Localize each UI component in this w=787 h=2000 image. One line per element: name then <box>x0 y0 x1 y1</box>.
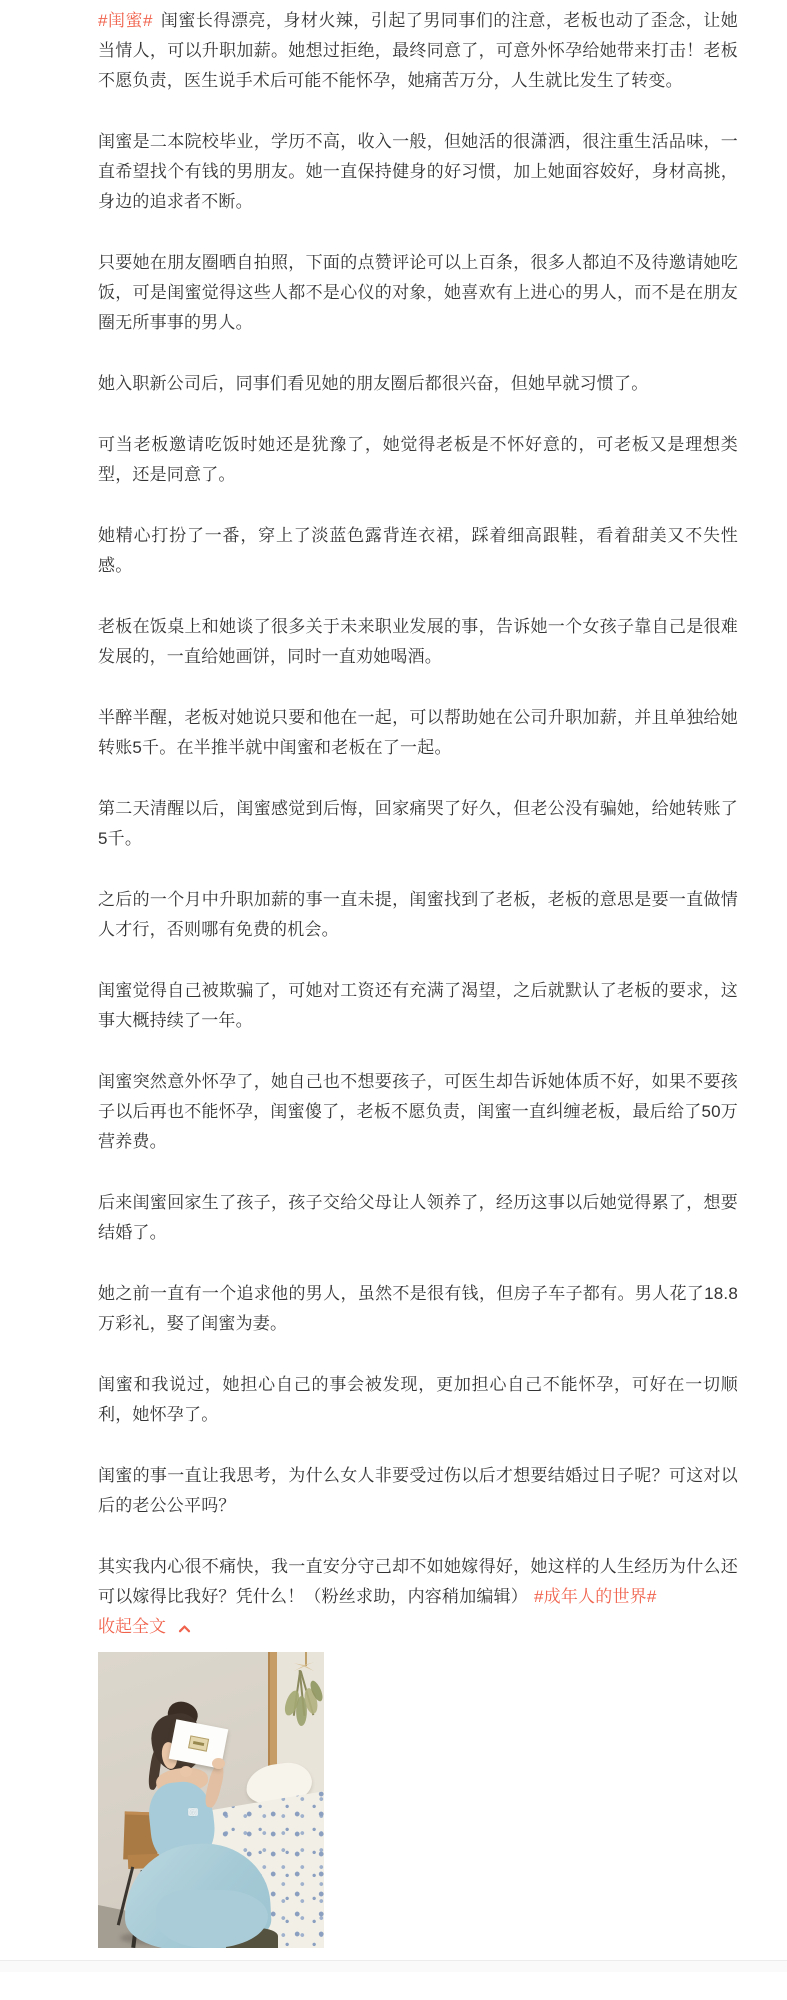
photo-card-print <box>188 1735 209 1751</box>
post-text: #闺蜜#闺蜜长得漂亮，身材火辣，引起了男同事们的注意，老板也动了歪念，让她当情人… <box>98 6 738 1948</box>
photo-hand <box>212 1758 225 1769</box>
post-paragraph: 闺蜜突然意外怀孕了，她自己也不想要孩子，可医生却告诉她体质不好，如果不要孩子以后… <box>98 1067 738 1157</box>
watermark-text: @ <box>188 1807 197 1817</box>
post-paragraph: 老板在饭桌上和她谈了很多关于未来职业发展的事，告诉她一个女孩子靠自己是很难发展的… <box>98 612 738 672</box>
post-paragraph: 半醉半醒，老板对她说只要和他在一起，可以帮助她在公司升职加薪，并且单独给她转账5… <box>98 703 738 763</box>
post-paragraph: 第二天清醒以后，闺蜜感觉到后悔，回家痛哭了好久，但老公没有骗她，给她转账了5千。 <box>98 794 738 854</box>
collapse-full-text-link[interactable]: 收起全文 <box>98 1612 191 1642</box>
post-paragraph: 闺蜜是二本院校毕业，学历不高，收入一般，但她活的很潇洒，很注重生活品味，一直希望… <box>98 127 738 217</box>
collapse-label: 收起全文 <box>98 1612 166 1642</box>
collapse-row: 收起全文 <box>98 1612 738 1642</box>
post-paragraph: 闺蜜觉得自己被欺骗了，可她对工资还有充满了渴望，之后就默认了老板的要求，这事大概… <box>98 976 738 1036</box>
photo-hook <box>305 1652 307 1666</box>
image-watermark: @ <box>188 1808 198 1816</box>
post-paragraph: 她入职新公司后，同事们看见她的朋友圈后都很兴奋，但她早就习惯了。 <box>98 369 738 399</box>
post-paragraph: 之后的一个月中升职加薪的事一直未提，闺蜜找到了老板，老板的意思是要一直做情人才行… <box>98 885 738 945</box>
post-paragraph: 闺蜜的事一直让我思考，为什么女人非要受过伤以后才想要结婚过日子呢？可这对以后的老… <box>98 1461 738 1521</box>
post-paragraph: 只要她在朋友圈晒自拍照，下面的点赞评论可以上百条，很多人都迫不及待邀请她吃饭，可… <box>98 248 738 338</box>
photo-hand <box>180 1766 192 1777</box>
post-body: #闺蜜#闺蜜长得漂亮，身材火辣，引起了男同事们的注意，老板也动了歪念，让她当情人… <box>0 0 787 1948</box>
chevron-up-icon <box>178 1624 191 1633</box>
bottom-divider <box>0 1960 787 1972</box>
post-paragraph: 后来闺蜜回家生了孩子，孩子交给父母让人领养了，经历这事以后她觉得累了，想要结婚了… <box>98 1188 738 1248</box>
post-paragraph: 她之前一直有一个追求他的男人，虽然不是很有钱，但房子车子都有。男人花了18.8万… <box>98 1279 738 1339</box>
post-paragraph: #闺蜜#闺蜜长得漂亮，身材火辣，引起了男同事们的注意，老板也动了歪念，让她当情人… <box>98 6 738 96</box>
end-hashtag-link[interactable]: #成年人的世界# <box>534 1587 657 1606</box>
post-image[interactable]: @ <box>98 1652 324 1948</box>
post-paragraph: 可当老板邀请吃饭时她还是犹豫了，她觉得老板是不怀好意的，可老板又是理想类型，还是… <box>98 430 738 490</box>
post-paragraph: 其实我内心很不痛快，我一直安分守己却不如她嫁得好，她这样的人生经历为什么还可以嫁… <box>98 1552 738 1612</box>
paragraph-text: 闺蜜长得漂亮，身材火辣，引起了男同事们的注意，老板也动了歪念，让她当情人，可以升… <box>98 11 738 90</box>
photo-arm <box>203 1763 226 1809</box>
post-paragraph: 闺蜜和我说过，她担心自己的事会被发现，更加担心自己不能怀孕，可好在一切顺利，她怀… <box>98 1370 738 1430</box>
topic-hashtag-link[interactable]: #闺蜜# <box>98 11 153 30</box>
post-paragraph: 她精心打扮了一番，穿上了淡蓝色露背连衣裙，踩着细高跟鞋，看着甜美又不失性感。 <box>98 521 738 581</box>
